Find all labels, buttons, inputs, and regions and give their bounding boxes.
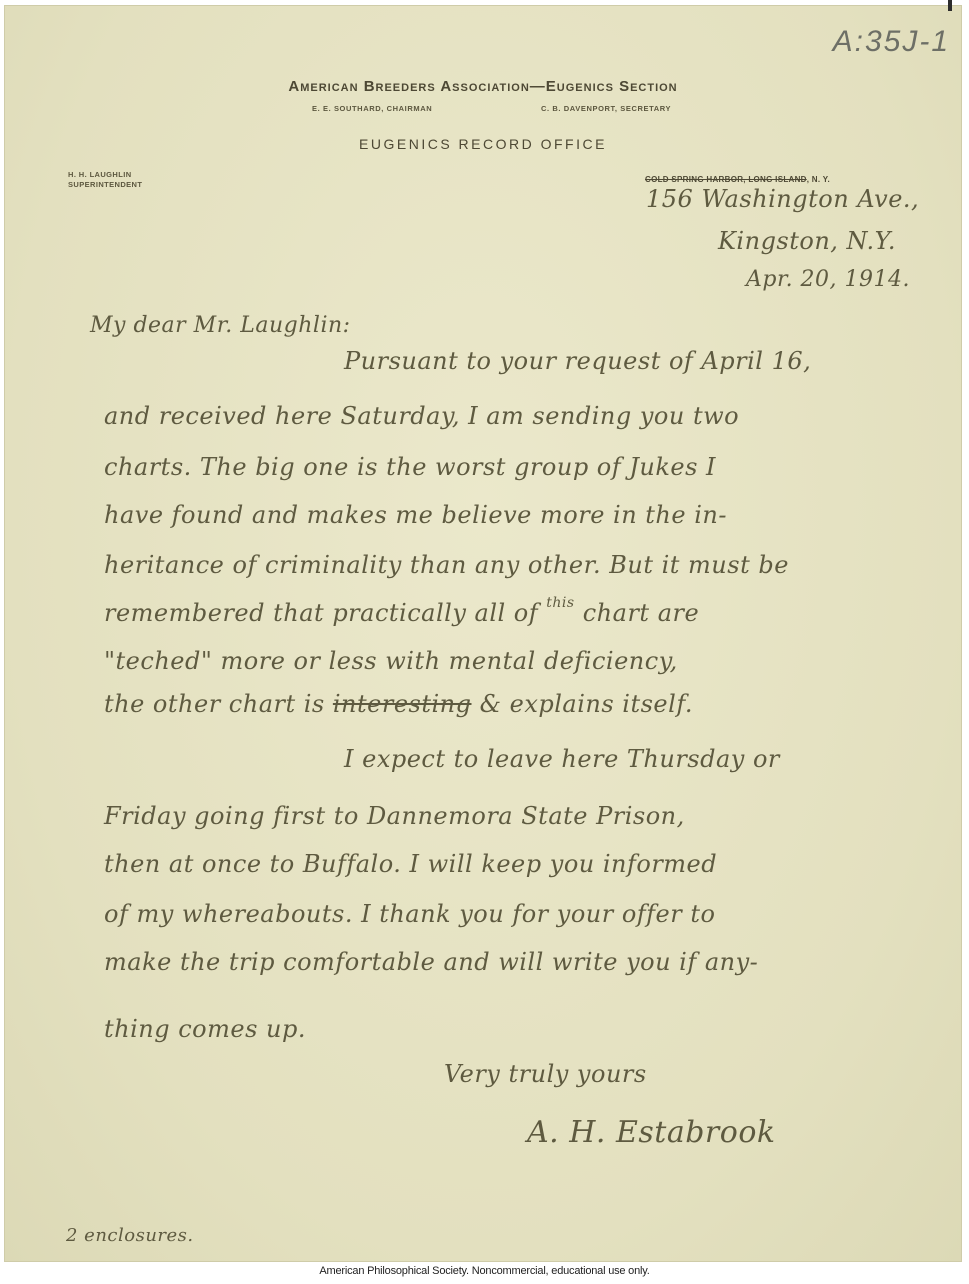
body-line: the other chart is interesting & explain… <box>104 690 693 718</box>
letterhead-office: EUGENICS RECORD OFFICE <box>4 136 962 152</box>
body-line: and received here Saturday, I am sending… <box>104 402 739 430</box>
address-state: , N. Y. <box>807 175 830 184</box>
handwritten-city: Kingston, N.Y. <box>718 227 896 255</box>
body-line: then at once to Buffalo. I will keep you… <box>104 850 717 878</box>
letter-page: A:35J-1 American Breeders Association—Eu… <box>4 5 962 1262</box>
body-line: of my whereabouts. I thank you for your … <box>104 900 715 928</box>
struck-address: COLD SPRING HARBOR, LONG ISLAND <box>645 175 807 184</box>
handwritten-street: 156 Washington Ave., <box>646 185 919 213</box>
signature: A. H. Estabrook <box>527 1115 776 1150</box>
inserted-word: this <box>546 595 574 611</box>
superintendent-title: SUPERINTENDENT <box>68 180 142 190</box>
body-line: thing comes up. <box>104 1015 306 1043</box>
body-line-tail: & explains itself. <box>480 690 693 718</box>
body-line-text: remembered that practically all of <box>104 599 538 627</box>
body-line-tail: chart are <box>583 599 699 627</box>
struck-word: interesting <box>333 690 472 718</box>
body-line: Pursuant to your request of April 16, <box>344 347 811 375</box>
salutation: My dear Mr. Laughlin: <box>90 313 351 338</box>
enclosures-note: 2 enclosures. <box>66 1225 194 1246</box>
body-line: Friday going first to Dannemora State Pr… <box>104 802 685 830</box>
body-line: have found and makes me believe more in … <box>104 501 727 529</box>
letterhead-secretary: C. B. DAVENPORT, SECRETARY <box>541 104 671 113</box>
body-line: heritance of criminality than any other.… <box>104 551 789 579</box>
footer-caption: American Philosophical Society. Noncomme… <box>0 1265 969 1277</box>
handwritten-date: Apr. 20, 1914. <box>746 267 910 292</box>
letterhead-chairman: E. E. SOUTHARD, CHAIRMAN <box>312 104 432 113</box>
staple-mark <box>948 0 952 11</box>
body-line-text: the other chart is <box>104 690 325 718</box>
body-line: I expect to leave here Thursday or <box>344 745 780 773</box>
body-line: remembered that practically all of this … <box>104 599 699 627</box>
letterhead-organization: American Breeders Association—Eugenics S… <box>4 78 962 95</box>
closing: Very truly yours <box>444 1060 647 1088</box>
body-line: charts. The big one is the worst group o… <box>104 453 716 481</box>
archive-id-annotation: A:35J-1 <box>833 25 950 59</box>
letterhead-printed-address: COLD SPRING HARBOR, LONG ISLAND, N. Y. <box>645 175 830 184</box>
body-line: make the trip comfortable and will write… <box>104 948 758 976</box>
superintendent-name: H. H. LAUGHLIN <box>68 170 142 180</box>
body-line: "teched" more or less with mental defici… <box>104 647 678 675</box>
letterhead-superintendent: H. H. LAUGHLIN SUPERINTENDENT <box>68 170 142 190</box>
